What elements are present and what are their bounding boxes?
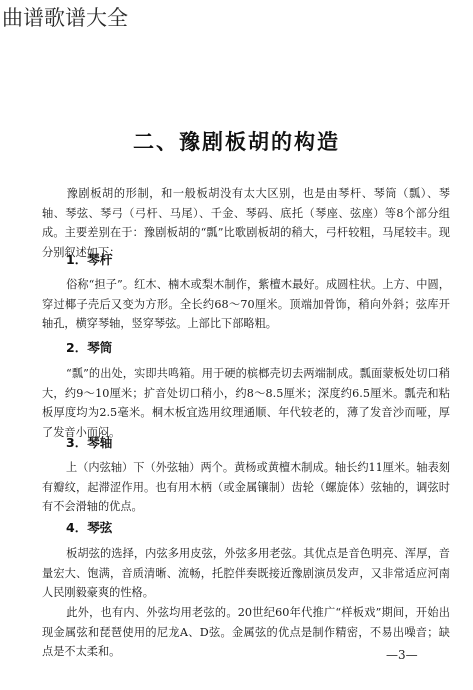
paragraph-text: “瓢”的出处，实即共鸣箱。用于硬的槟榔壳切去两端制成。瓢面蒙板处切口稍大，约9～… [42,367,450,439]
book-header: 曲谱歌谱大全 [2,2,128,32]
heading-qingan: 1．琴杆 [66,250,112,268]
heading-qintong: 2．琴筒 [66,338,112,356]
intro-text: 豫剧板胡的形制，和一般板胡没有太大区别，也是由琴杆、琴筒（瓢）、琴轴、琴弦、琴弓… [42,187,450,259]
page-number: —3— [386,648,418,662]
section-title: 二、豫剧板胡的构造 [0,126,473,156]
paragraph-qingan: 俗称“担子”。红木、楠木或梨木制作，紫檀木最好。成圆柱状。上方、中圆，穿过椰子壳… [42,275,450,334]
heading-qinzhou: 3．琴轴 [66,433,112,451]
heading-qinxian: 4．琴弦 [66,518,112,536]
paragraph-text: 上（内弦轴）下（外弦轴）两个。黄杨或黄檀木制成。轴长约11厘米。轴表刻有瓣纹，起… [42,461,450,513]
paragraph-text: 俗称“担子”。红木、楠木或梨木制作，紫檀木最好。成圆柱状。上方、中圆，穿过椰子壳… [42,278,450,330]
paragraph-qinzhou: 上（内弦轴）下（外弦轴）两个。黄杨或黄檀木制成。轴长约11厘米。轴表刻有瓣纹，起… [42,458,450,517]
paragraph-qintong: “瓢”的出处，实即共鸣箱。用于硬的槟榔壳切去两端制成。瓢面蒙板处切口稍大，约9～… [42,364,450,442]
paragraph-qinxian-1: 板胡弦的选择，内弦多用皮弦，外弦多用老弦。其优点是音色明亮、浑厚，音量宏大、饱满… [42,544,450,603]
paragraph-text: 板胡弦的选择，内弦多用皮弦，外弦多用老弦。其优点是音色明亮、浑厚，音量宏大、饱满… [42,547,450,599]
